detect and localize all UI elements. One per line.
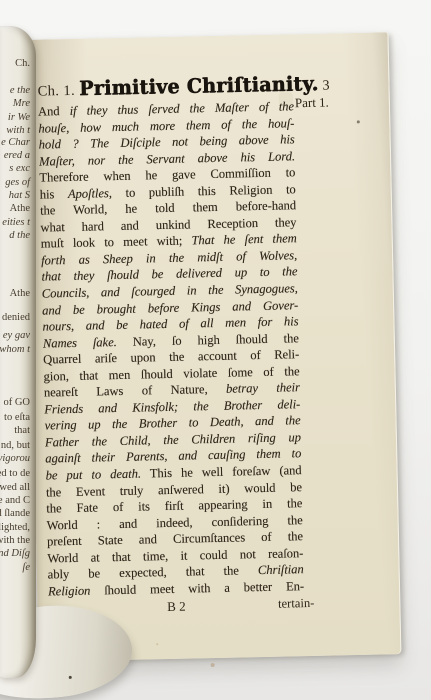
fragment-text: nd, but [1, 440, 30, 451]
fragment-text: owed all [0, 482, 30, 493]
fragment-text: e Char [1, 137, 30, 148]
text-segment: Names ſake. [43, 335, 117, 351]
fragment-text: of GO [3, 397, 30, 408]
page-header: Ch. 1. Primitive Chriſtianity. 3 [37, 73, 329, 101]
fragment-text: ſlighted, [0, 522, 30, 533]
text-segment: Chriſtian [258, 562, 304, 577]
text-segment: Apoſtles, [68, 186, 112, 201]
fragment-text: that [14, 425, 30, 436]
fragment-text: e the [10, 85, 30, 96]
fragment-text: s exc [9, 163, 30, 174]
page-number: 3 [322, 79, 329, 95]
fragment-text: whom t [0, 344, 30, 355]
fragment-text: and Diſg [0, 548, 30, 559]
text-segment: betray their [226, 380, 300, 396]
body-text: And if they thus ſerved the Maſter of th… [38, 98, 304, 600]
chapter-label: Ch. 1. [37, 83, 75, 101]
text-segment: his [40, 187, 68, 202]
book-page: Ch. 1. Primitive Chriſtianity. 3 Part 1.… [26, 32, 402, 661]
fragment-text: with the [0, 535, 30, 546]
margin-note: Part 1. [295, 94, 355, 111]
fragment-text: eities t [2, 217, 30, 228]
signature-mark: B 2 [167, 599, 186, 614]
text-segment: Religion [48, 583, 91, 598]
fragment-text: ered a [4, 150, 30, 161]
text-segment: This he well foreſaw (and [141, 463, 302, 480]
fragment-text: hat S [9, 190, 30, 201]
fragment-text: with t [6, 125, 30, 136]
fragment-text: d ſlande [0, 508, 30, 519]
fragment-text: ir We [8, 112, 30, 123]
fragment-text: ted to de [0, 468, 30, 479]
text-segment: And [38, 104, 70, 119]
text-segment: be put to death. [46, 467, 142, 483]
text-segment: neareſt Laws of Nature, [44, 382, 226, 400]
fragment-text: Mre [13, 98, 30, 109]
text-segment: ſhould meet with a better En- [90, 579, 304, 597]
photo-backdrop: Ch. 1. Primitive Chriſtianity. 3 Part 1.… [0, 0, 431, 700]
fragment-text: ey gav [3, 330, 30, 341]
running-title: Primitive Chriſtianity. [75, 72, 323, 100]
text-segment: That he ſent them [191, 232, 297, 248]
fragment-text: Ch. [15, 58, 30, 69]
fragment-text: ice and C [0, 495, 30, 506]
text-segment: muſt look to meet with; [41, 234, 192, 251]
previous-page-curl: Ch.e theMreir Wewith te Charered as excg… [0, 26, 36, 678]
fragment-text: Athe [10, 288, 30, 299]
fragment-text: ſe [22, 562, 30, 573]
catchword: tertain- [278, 595, 315, 613]
fragment-text: vigorou [0, 453, 30, 464]
fragment-text: ges of [5, 177, 30, 188]
fragment-text: to eſta [4, 412, 30, 423]
previous-page-text-fragments: Ch.e theMreir Wewith te Charered as excg… [0, 26, 36, 678]
fragment-text: denied [2, 312, 30, 323]
fragment-text: d the [9, 230, 30, 241]
fragment-text: Athe [10, 203, 30, 214]
